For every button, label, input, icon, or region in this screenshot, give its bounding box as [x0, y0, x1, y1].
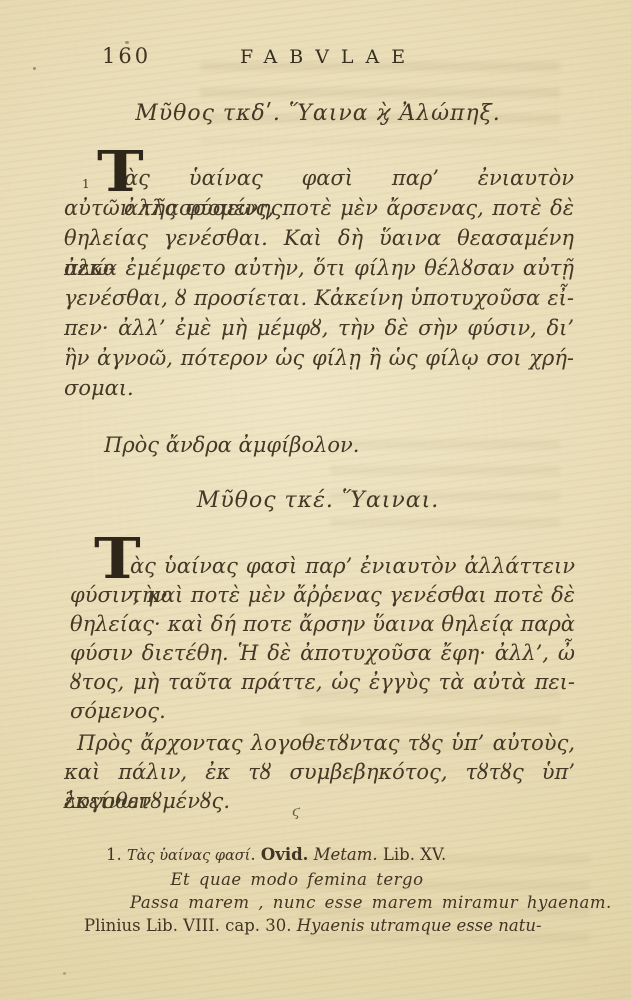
- bleedthrough-smudge: [330, 440, 560, 530]
- footnote-work: Metam.: [314, 845, 378, 864]
- text-line: καὶ πάλιν, ἐκ τȣ συμβεβηκότος, τȣτȣς ὑπ’…: [64, 758, 575, 787]
- footnote-line: Plinius Lib. VIII. cap. 30. Hyaenis utra…: [84, 916, 542, 935]
- fable-325-title: Μῦθος τκέ. Ὕαιναι.: [62, 488, 574, 513]
- ink-speck: [33, 67, 36, 70]
- footnote-marker: 1: [82, 177, 90, 191]
- page-number: 160: [102, 44, 151, 68]
- footnote-ref-italic: Hyaenis utramque esse natu-: [297, 916, 542, 935]
- footnote-verse: Passa marem , nunc esse marem miramur hy…: [130, 893, 612, 912]
- text-line: ȣτος, μὴ ταῦτα πράττε, ὡς ἐγγὺς τὰ αὐτὰ …: [70, 668, 575, 697]
- text-line: λογοθετȣμένȣς.: [64, 787, 575, 816]
- text-line: θηλείας γενέσθαι. Καὶ δὴ ὕαινα θεασαμένη…: [64, 223, 574, 253]
- text-line: σόμενος.: [70, 697, 575, 726]
- footnote-ref-roman: Plinius Lib. VIII. cap. 30.: [84, 916, 297, 935]
- text-line: πεν· ἀλλ’ ἐμὲ μὴ μέμφȣ, τὴν δὲ σὴν φύσιν…: [64, 313, 574, 343]
- running-header: FABVLAE: [240, 46, 417, 68]
- footnote-locus: Lib. XV.: [378, 845, 447, 864]
- footnote-greek-lemma: Τὰς ὑαίνας φασί: [127, 848, 250, 864]
- text-line: φύσιν, καὶ ποτὲ μὲν ἄῤῥενας γενέσθαι ποτ…: [70, 581, 575, 610]
- text-line: θηλείας· καὶ δή ποτε ἄρσην ὕαινα θηλείᾳ …: [70, 610, 575, 639]
- text-line: γενέσθαι, ȣ προσίεται. Κἀκείνη ὑποτυχοῦσ…: [64, 283, 574, 313]
- text-line: ὰς ὑαίνας φασὶ παρ’ ἐνιαυτὸν ἀλλάττειν τ…: [70, 552, 575, 581]
- drop-cap-T: T: [97, 149, 144, 195]
- book-page: 160 FABVLAE Μῦθος τκδʹ. Ὕαινα ϗ̀ Ἀλώπηξ.…: [0, 0, 631, 1000]
- text-line: φύσιν διετέθη. Ἡ δὲ ἀποτυχοῦσα ἔφη· ἀλλ’…: [70, 639, 575, 668]
- printers-mark: ϛ: [292, 804, 300, 820]
- drop-cap-T: T: [94, 536, 141, 582]
- footnote-line: 1. Τὰς ὑαίνας φασί. Ovid. Metam. Lib. XV…: [106, 845, 446, 864]
- text-line: ἣν ἀγνοῶ, πότερον ὡς φίλῃ ἢ ὡς φίλῳ σοι …: [64, 343, 574, 373]
- footnote-sep: .: [250, 845, 261, 864]
- fable-325-text: T ὰς ὑαίνας φασὶ παρ’ ἐνιαυτὸν ἀλλάττειν…: [70, 552, 575, 726]
- text-line: σομαι.: [64, 373, 574, 403]
- footnote-author: Ovid.: [261, 845, 309, 864]
- fable-324-title: Μῦθος τκδʹ. Ὕαινα ϗ̀ Ἀλώπηξ.: [62, 101, 574, 126]
- fable-324-text: 1 T ὰς ὑαίνας φασὶ παρ’ ἐνιαυτὸν ἀλλασσο…: [64, 163, 574, 403]
- footnote-number: 1.: [106, 845, 127, 864]
- text-line: πεκα ἐμέμφετο αὐτὴν, ὅτι φίλην θέλȣσαν α…: [64, 253, 574, 283]
- text-line: Πρὸς ἄρχοντας λογοθετȣντας τȣς ὑπ’ αὐτοὺ…: [64, 729, 575, 758]
- ink-speck: [63, 972, 66, 975]
- fable-325-moral: Πρὸς ἄρχοντας λογοθετȣντας τȣς ὑπ’ αὐτοὺ…: [64, 729, 575, 816]
- fable-324-moral: Πρὸς ἄνδρα ἀμφίβολον.: [104, 433, 359, 457]
- footnote-verse: Et quae modo femina tergo: [62, 870, 532, 889]
